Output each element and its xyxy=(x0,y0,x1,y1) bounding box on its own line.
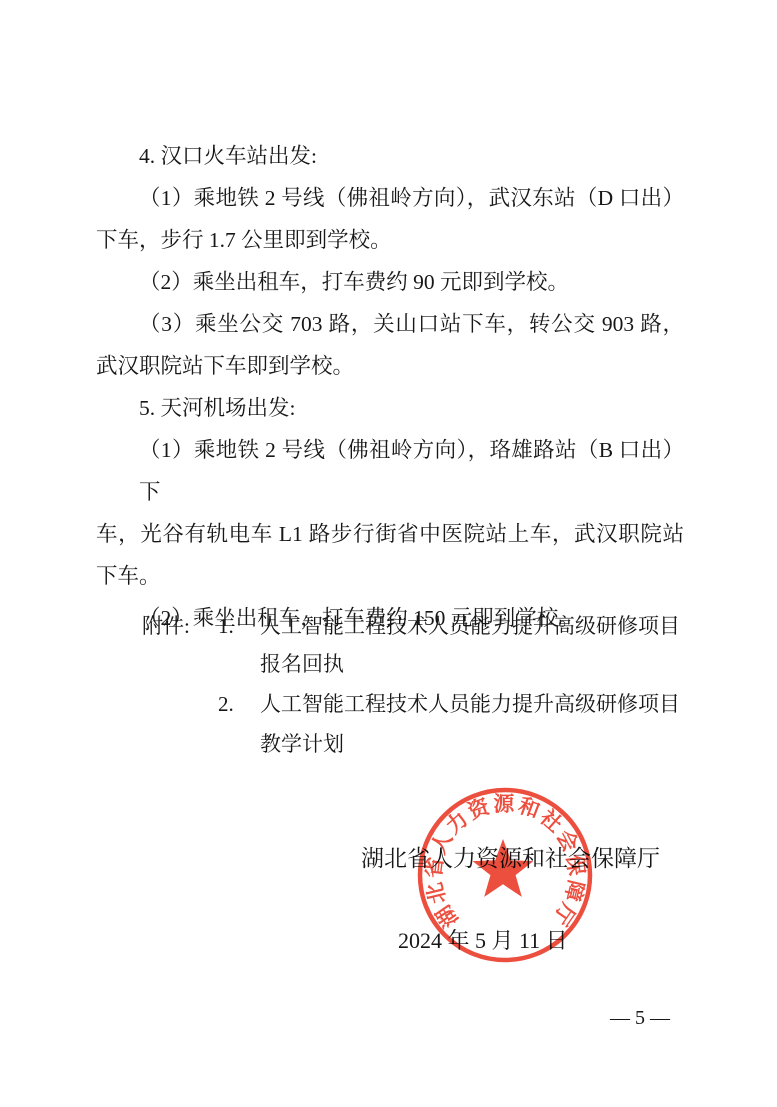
seal-star-icon xyxy=(473,839,534,897)
body-line: 下车，步行 1.7 公里即到学校。 xyxy=(96,219,684,261)
body-line: 车，光谷有轨电车 L1 路步行街省中医院站上车，武汉职院站 xyxy=(96,513,684,555)
attachment-subtitle: 教学计划 xyxy=(260,730,344,758)
attachment-row: 报名回执 xyxy=(96,650,696,680)
body-line: 下车。 xyxy=(96,555,684,597)
attachment-row: 2. 人工智能工程技术人员能力提升高级研修项目 xyxy=(96,690,696,720)
attachment-subtitle: 报名回执 xyxy=(260,650,344,678)
attachment-title: 人工智能工程技术人员能力提升高级研修项目 xyxy=(260,690,680,718)
attachment-row: 教学计划 xyxy=(96,730,696,760)
attachment-number: 2. xyxy=(218,690,234,718)
attachment-label: 附件: xyxy=(142,612,190,640)
body-line: 4. 汉口火车站出发: xyxy=(96,135,684,177)
body-line: （3）乘坐公交 703 路，关山口站下车，转公交 903 路， xyxy=(96,303,684,345)
body-line: 武汉职院站下车即到学校。 xyxy=(96,345,684,387)
body-line: （1）乘地铁 2 号线（佛祖岭方向），珞雄路站（B 口出）下 xyxy=(96,429,684,513)
attachment-title: 人工智能工程技术人员能力提升高级研修项目 xyxy=(260,612,680,640)
body-text: 4. 汉口火车站出发:（1）乘地铁 2 号线（佛祖岭方向），武汉东站（D 口出）… xyxy=(96,135,684,639)
attachment-row: 附件: 1. 人工智能工程技术人员能力提升高级研修项目 xyxy=(96,612,696,642)
body-line: （2）乘坐出租车，打车费约 90 元即到学校。 xyxy=(96,261,684,303)
official-seal: 湖北省人力资源和社会保障厅 xyxy=(414,784,596,966)
document-page: 4. 汉口火车站出发:（1）乘地铁 2 号线（佛祖岭方向），武汉东站（D 口出）… xyxy=(0,0,777,1107)
attachment-number: 1. xyxy=(218,612,234,640)
body-line: 5. 天河机场出发: xyxy=(96,387,684,429)
body-line: （1）乘地铁 2 号线（佛祖岭方向），武汉东站（D 口出） xyxy=(96,177,684,219)
page-number: — 5 — xyxy=(595,1004,685,1032)
